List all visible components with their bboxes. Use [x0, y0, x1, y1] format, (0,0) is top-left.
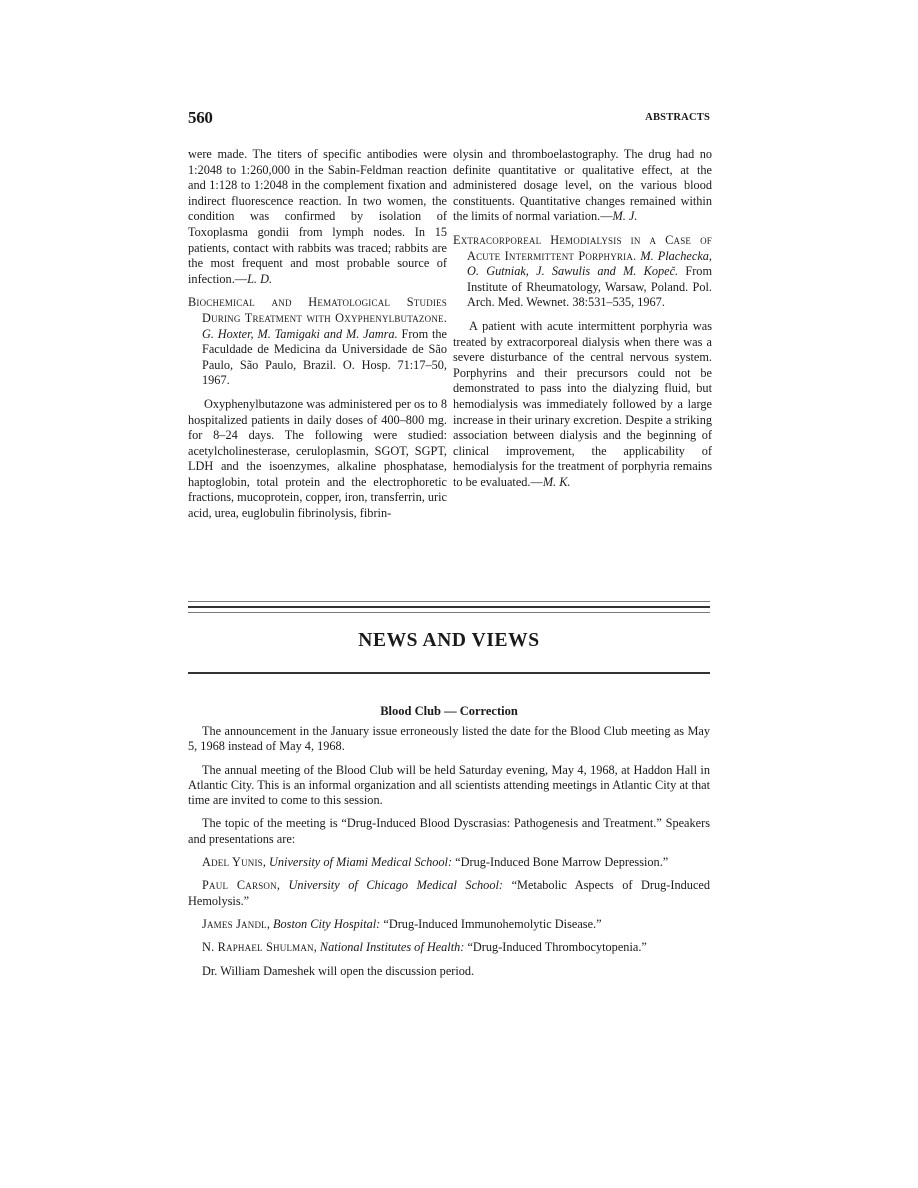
journal-page: 560 ABSTRACTS were made. The titers of s… [0, 0, 918, 1188]
right-column: olysin and thromboelastography. The drug… [453, 147, 712, 498]
speaker-name: Paul Carson [202, 878, 277, 892]
news-paragraph: The topic of the meeting is “Drug-Induce… [188, 816, 710, 847]
speaker-entry: Paul Carson, University of Chicago Medic… [188, 878, 710, 909]
news-paragraph: The annual meeting of the Blood Club wil… [188, 763, 710, 809]
speaker-name: N. Raphael Shulman [202, 940, 314, 954]
continuation-text: were made. The titers of specific antibo… [188, 147, 447, 286]
news-paragraph: The announcement in the January issue er… [188, 724, 710, 755]
running-head: ABSTRACTS [645, 112, 710, 123]
speaker-talk: “Drug-Induced Thrombocytopenia.” [467, 940, 646, 954]
left-column: were made. The titers of specific antibo… [188, 147, 447, 530]
continuation-paragraph: olysin and thromboelastography. The drug… [453, 147, 712, 225]
news-body: The announcement in the January issue er… [188, 724, 710, 987]
speaker-talk: “Drug-Induced Bone Marrow Depression.” [455, 855, 668, 869]
speaker-name: Adel Yunis [202, 855, 263, 869]
signature: L. D. [247, 272, 272, 286]
signature: M. K. [543, 475, 571, 489]
abstract-title: Biochemical and Hematological Studies Du… [188, 295, 447, 325]
speaker-talk: “Drug-Induced Immunohemolytic Disease.” [383, 917, 601, 931]
continuation-text: olysin and thromboelastography. The drug… [453, 147, 712, 223]
abstract-authors: G. Hoxter, M. Tamigaki and M. Jamra. [202, 327, 398, 341]
speaker-affiliation: University of Miami Medical School: [269, 855, 452, 869]
speaker-entry: N. Raphael Shulman, National Institutes … [188, 940, 710, 955]
speaker-affiliation: University of Chicago Medical School: [288, 878, 503, 892]
rule-line [188, 606, 710, 608]
abstract-heading: Biochemical and Hematological Studies Du… [188, 295, 447, 389]
page-number: 560 [188, 108, 213, 128]
continuation-paragraph: were made. The titers of specific antibo… [188, 147, 447, 287]
speaker-name: James Jandl [202, 917, 267, 931]
news-subtitle: Blood Club — Correction [188, 704, 710, 719]
signature: M. J. [613, 209, 638, 223]
speaker-entry: James Jandl, Boston City Hospital: “Drug… [188, 917, 710, 932]
abstract-body: Oxyphenylbutazone was administered per o… [188, 397, 447, 522]
rule-line [188, 601, 710, 602]
rule-line [188, 612, 710, 613]
abstract-body: A patient with acute intermittent porphy… [453, 319, 712, 491]
abstract-heading: Extracorporeal Hemodialysis in a Case of… [453, 233, 712, 311]
abstract-body-text: A patient with acute intermittent porphy… [453, 319, 712, 489]
speaker-affiliation: National Institutes of Health: [320, 940, 464, 954]
page-header: 560 ABSTRACTS [188, 108, 710, 130]
speaker-affiliation: Boston City Hospital: [273, 917, 380, 931]
closing-paragraph: Dr. William Dameshek will open the discu… [188, 964, 710, 979]
section-title: NEWS AND VIEWS [188, 630, 710, 652]
speaker-entry: Adel Yunis, University of Miami Medical … [188, 855, 710, 870]
rule-line [188, 672, 710, 674]
